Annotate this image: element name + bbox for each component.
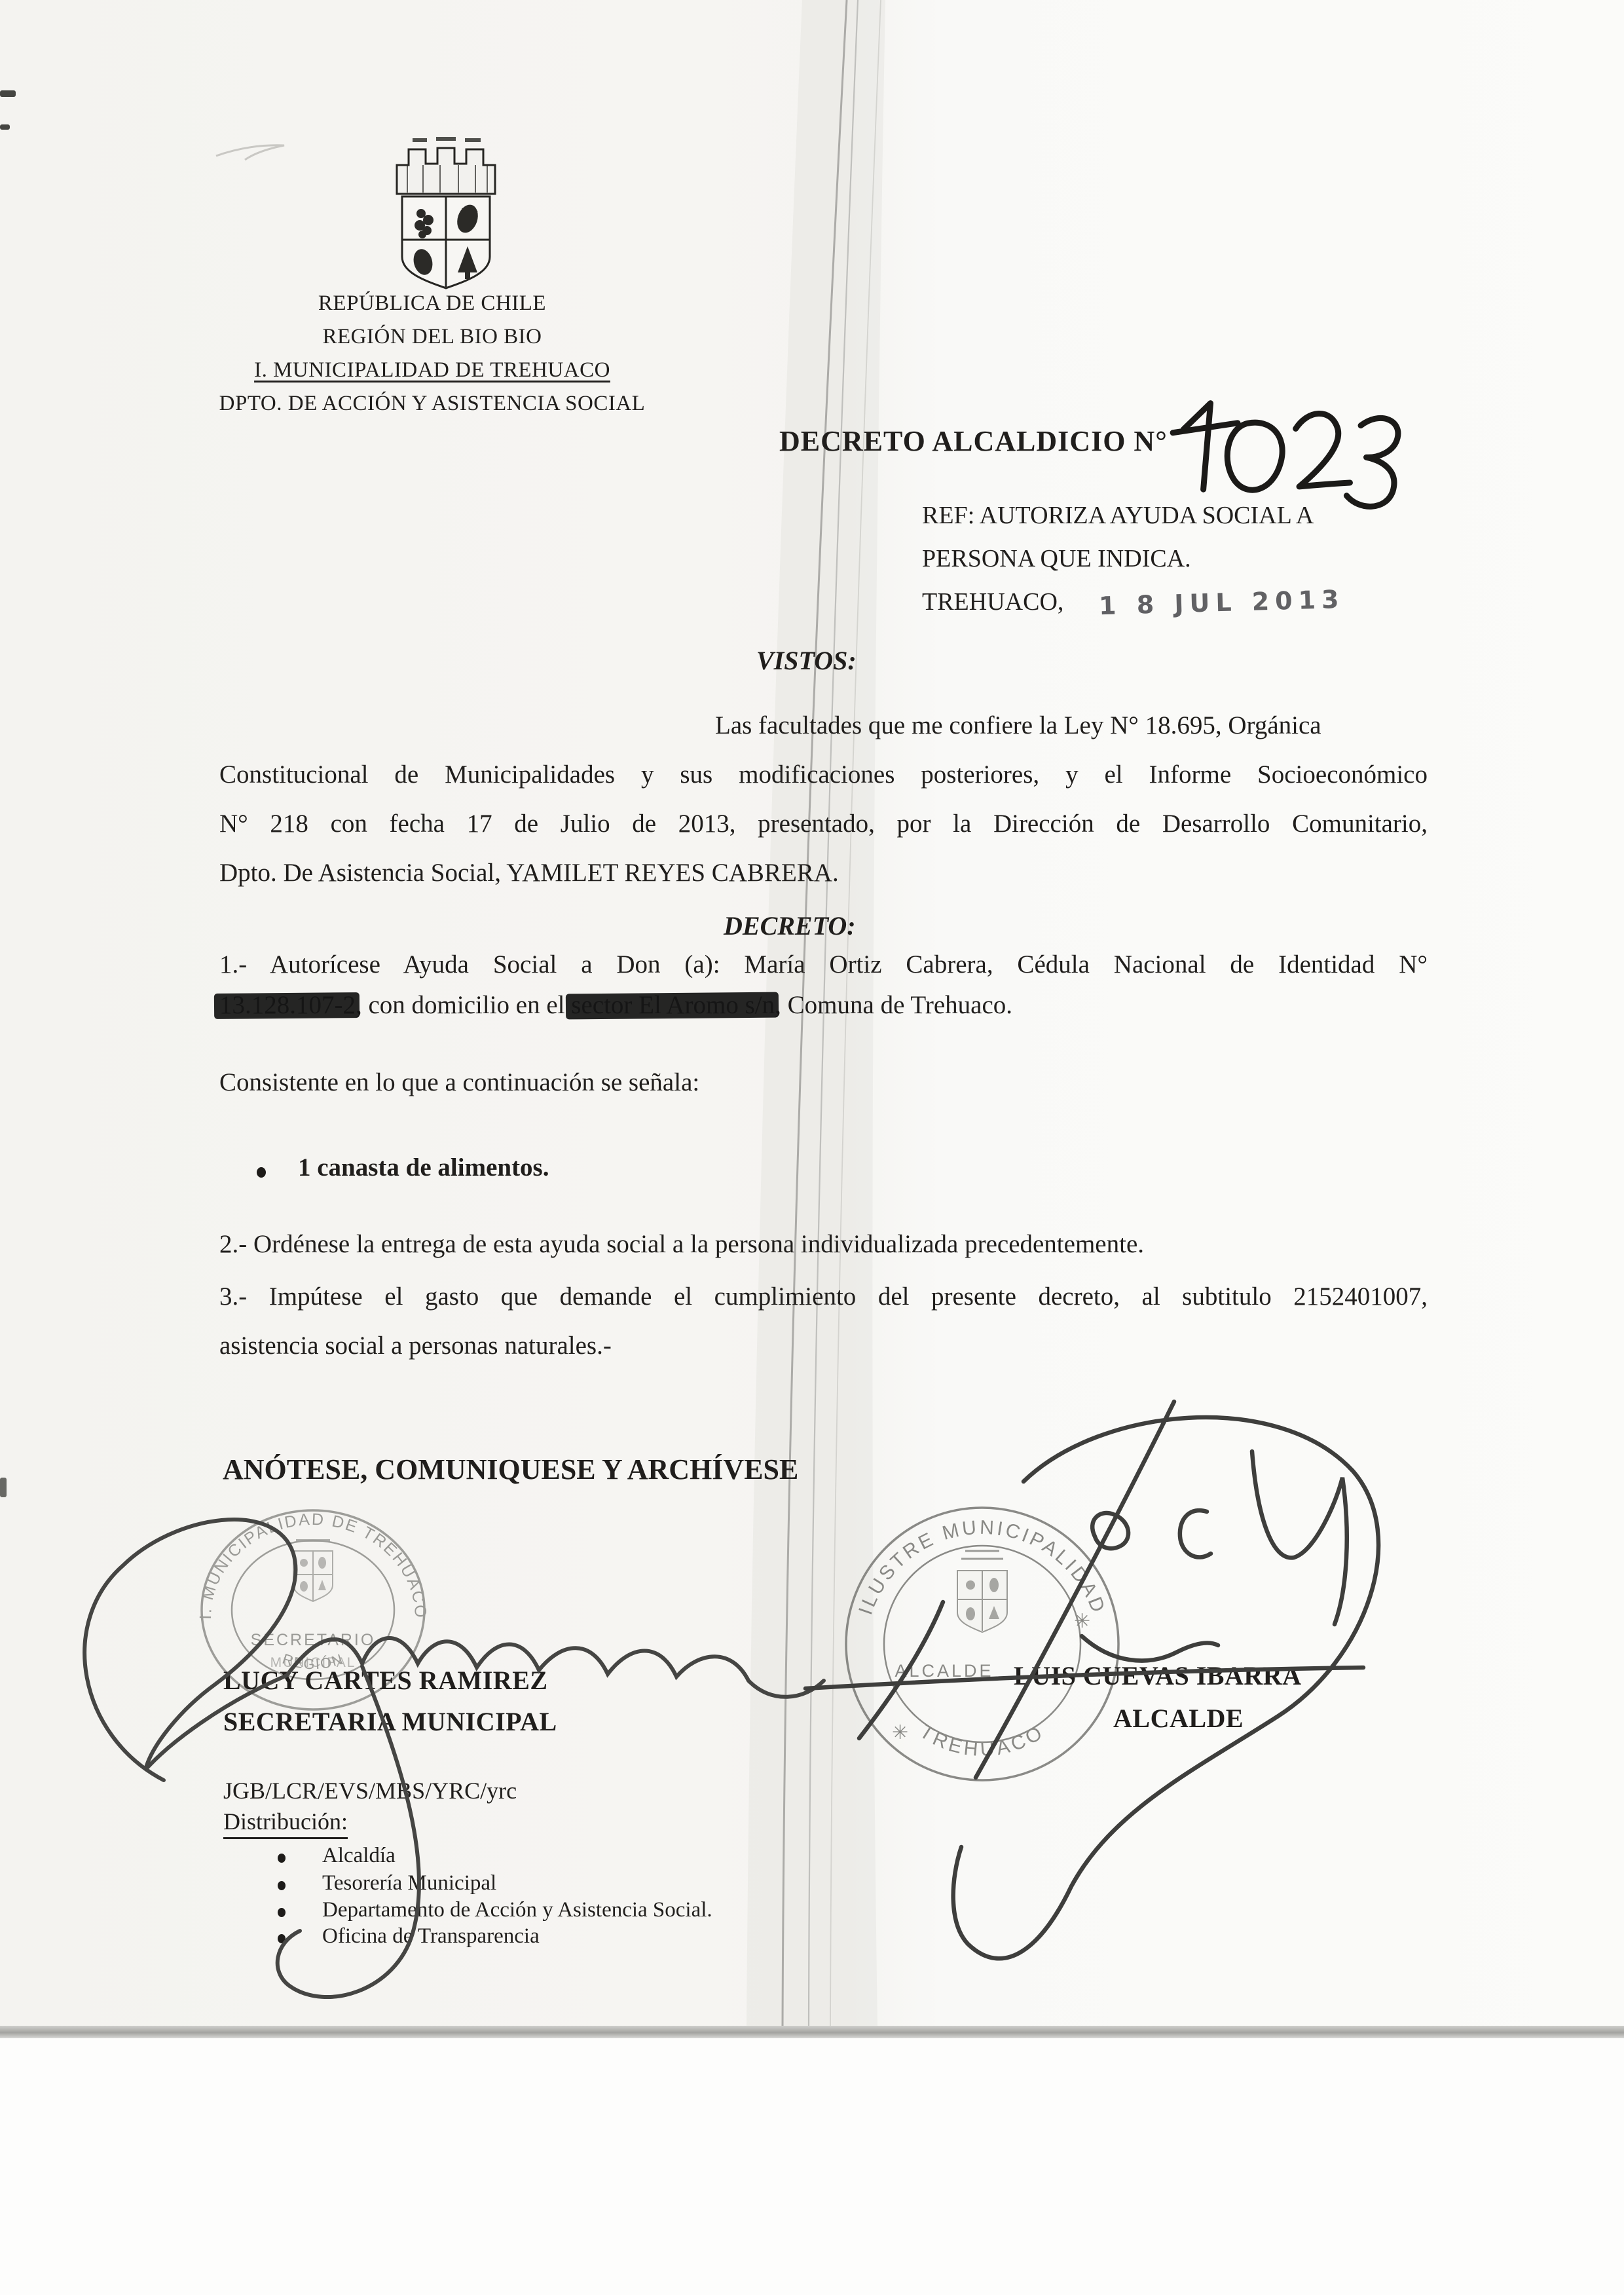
handwritten-decree-number <box>1170 401 1399 508</box>
mayor-signature <box>805 1402 1378 1958</box>
handwritten-ink <box>0 0 1624 2295</box>
secretary-signature <box>84 1520 824 1997</box>
scanned-decree-page: REPÚBLICA DE CHILE REGIÓN DEL BIO BIO I.… <box>0 0 1624 2295</box>
